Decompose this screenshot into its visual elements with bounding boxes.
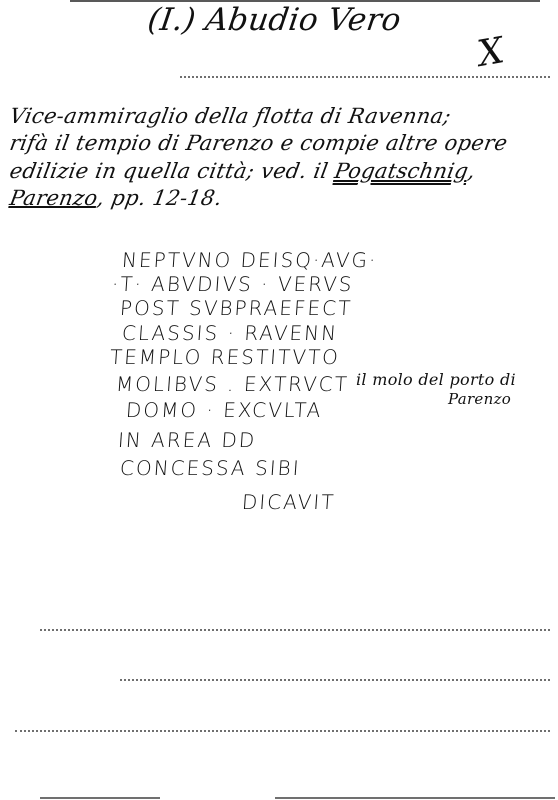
document-page: (I.) Abudio Vero X Vice-ammiraglio della… bbox=[0, 0, 558, 800]
margin-note-line-1: il molo del porto di bbox=[356, 370, 516, 389]
dotted-rule bbox=[15, 730, 550, 732]
note-line-3-text: edilizie in quella città; ved. il bbox=[8, 159, 330, 183]
reference-work: Parenzo bbox=[8, 186, 100, 210]
inscription-line-10: DICAVIT bbox=[241, 490, 336, 514]
inscription-line-1: NEPTVNO DEISQ·AVG· bbox=[121, 248, 378, 272]
inscription-line-6: MOLIBVS . EXTRVCT bbox=[115, 372, 350, 396]
note-line-1: Vice-ammiraglio della flotta di Ravenna; bbox=[8, 104, 453, 128]
inscription-line-7: DOMO · EXCVLTA bbox=[125, 398, 323, 422]
inscription-line-3: POST SVBPRAEFECT bbox=[119, 296, 353, 320]
margin-note-line-2: Parenzo bbox=[448, 390, 511, 408]
inscription-line-9: CONCESSA SIBI bbox=[119, 456, 301, 480]
corner-mark: X bbox=[475, 30, 508, 75]
inscription-line-8: IN AREA DD bbox=[117, 428, 257, 452]
inscription-line-2: ·T· ABVDIVS · VERVS bbox=[111, 272, 354, 296]
reference-author: Pogatschnig bbox=[333, 159, 471, 183]
document-title: (I.) Abudio Vero bbox=[145, 2, 403, 38]
note-line-4-pages: , pp. 12-18. bbox=[95, 186, 224, 210]
dotted-rule bbox=[40, 629, 550, 631]
bottom-rule bbox=[275, 797, 555, 799]
dotted-rule bbox=[120, 679, 550, 681]
note-line-3: edilizie in quella città; ved. il Pogats… bbox=[8, 159, 477, 183]
note-line-2: rifà il tempio di Parenzo e compie altre… bbox=[8, 131, 510, 155]
inscription-line-5: TEMPLO RESTITVTO bbox=[109, 345, 341, 369]
note-line-4: Parenzo, pp. 12-18. bbox=[8, 186, 224, 210]
dotted-rule bbox=[180, 76, 550, 78]
bottom-rule bbox=[40, 797, 160, 799]
inscription-line-4: CLASSIS · RAVENN bbox=[121, 321, 339, 345]
